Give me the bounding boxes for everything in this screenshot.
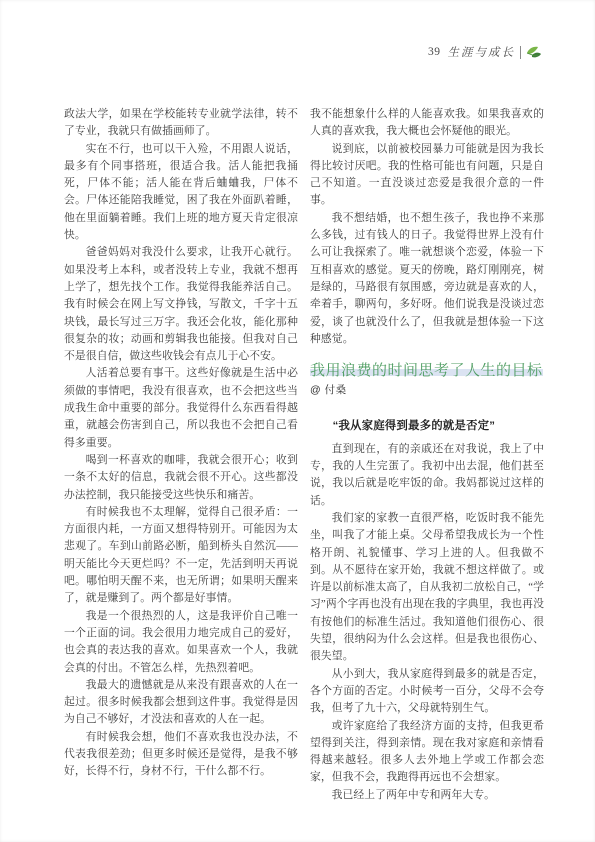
paragraph: 直到现在，有的亲戚还在对我说，我上了中专，我的人生完蛋了。我初中出去混，他们甚至…: [310, 441, 544, 510]
page-number: 39: [428, 46, 441, 58]
paragraph: 实在不行，也可以干入殓，不用跟人说话，最多有个同事搭班，很适合我。活人能把我捅死…: [64, 141, 298, 245]
paragraph: 政法大学，如果在学校能转专业就学法律，转不了专业，我就只有做插画师了。: [64, 106, 298, 141]
article-byline: @ 付桑: [310, 382, 544, 399]
article-title: 我用浪费的时间思考了人生的目标: [310, 361, 544, 380]
right-column: 我不能想象什么样的人能喜欢我。如果我喜欢的人真的喜欢我，我大概也会怀疑他的眼光。…: [310, 106, 544, 804]
running-head: 39 生涯与成长: [0, 44, 543, 60]
paragraph: 我不能想象什么样的人能喜欢我。如果我喜欢的人真的喜欢我，我大概也会怀疑他的眼光。: [310, 106, 544, 141]
paragraph: 我是一个很热烈的人，这是我评价自己唯一一个正面的词。我会很用力地完成自己的爱好，…: [64, 608, 298, 677]
paragraph: 或许家庭给了我经济方面的支持，但我更希望得到关注，得到亲情。现在我对家庭和亲情看…: [310, 718, 544, 787]
paragraph: 我已经上了两年中专和两年大专。: [310, 787, 544, 804]
text-columns: 政法大学，如果在学校能转专业就学法律，转不了专业，我就只有做插画师了。 实在不行…: [64, 106, 544, 804]
article-subhead: “我从家庭得到最多的就是否定”: [310, 418, 544, 435]
paragraph: 喝到一杯喜欢的咖啡，我就会很开心；收到一条不太好的信息，我就会很不开心。这些都没…: [64, 452, 298, 504]
article-title-text: 我用浪费的时间思考了人生的目标: [310, 362, 543, 379]
article-header: 我用浪费的时间思考了人生的目标 @ 付桑: [310, 361, 544, 399]
paragraph: 我不想结婚，也不想生孩子，我也挣不来那么多钱，过有钱人的日子。我觉得世界上没有什…: [310, 210, 544, 348]
left-column: 政法大学，如果在学校能转专业就学法律，转不了专业，我就只有做插画师了。 实在不行…: [64, 106, 298, 804]
paragraph: 爸爸妈妈对我没什么要求，让我开心就行。如果没考上本科，或者没转上专业，我就不想再…: [64, 244, 298, 365]
paragraph: 说到底，以前被校园暴力可能就是因为我长得比较讨厌吧。我的性格可能也有问题，只是自…: [310, 141, 544, 210]
header-divider: [520, 46, 521, 59]
paragraph: 有时候我会想，他们不喜欢我也没办法，不代表我很差劲；但更多时候还是觉得，是我不够…: [64, 729, 298, 781]
paragraph: 人活着总要有事干。这些好像就是生活中必须做的事情吧，我没有很喜欢，也不会把这些当…: [64, 365, 298, 451]
section-title: 生涯与成长: [448, 44, 516, 60]
paragraph: 从小到大，我从家庭得到最多的就是否定，各个方面的否定。小时候考一百分，父母不会夸…: [310, 666, 544, 718]
paragraph: 有时候我也不太理解，觉得自己很矛盾：一方面很内耗，一方面又想得特别开。可能因为太…: [64, 504, 298, 608]
paragraph: 我们家的家教一直很严格，吃饭时我不能先坐，叫我了才能上桌。父母希望我成长为一个性…: [310, 510, 544, 666]
leaf-icon: [524, 44, 543, 60]
paragraph: 我最大的遗憾就是从来没有跟喜欢的人在一起过。很多时候我都会想到这件事。我觉得是因…: [64, 677, 298, 729]
book-page: 39 生涯与成长 政法大学，如果在学校能转专业就学法律，转不了专业，我就只有做插…: [0, 0, 595, 842]
